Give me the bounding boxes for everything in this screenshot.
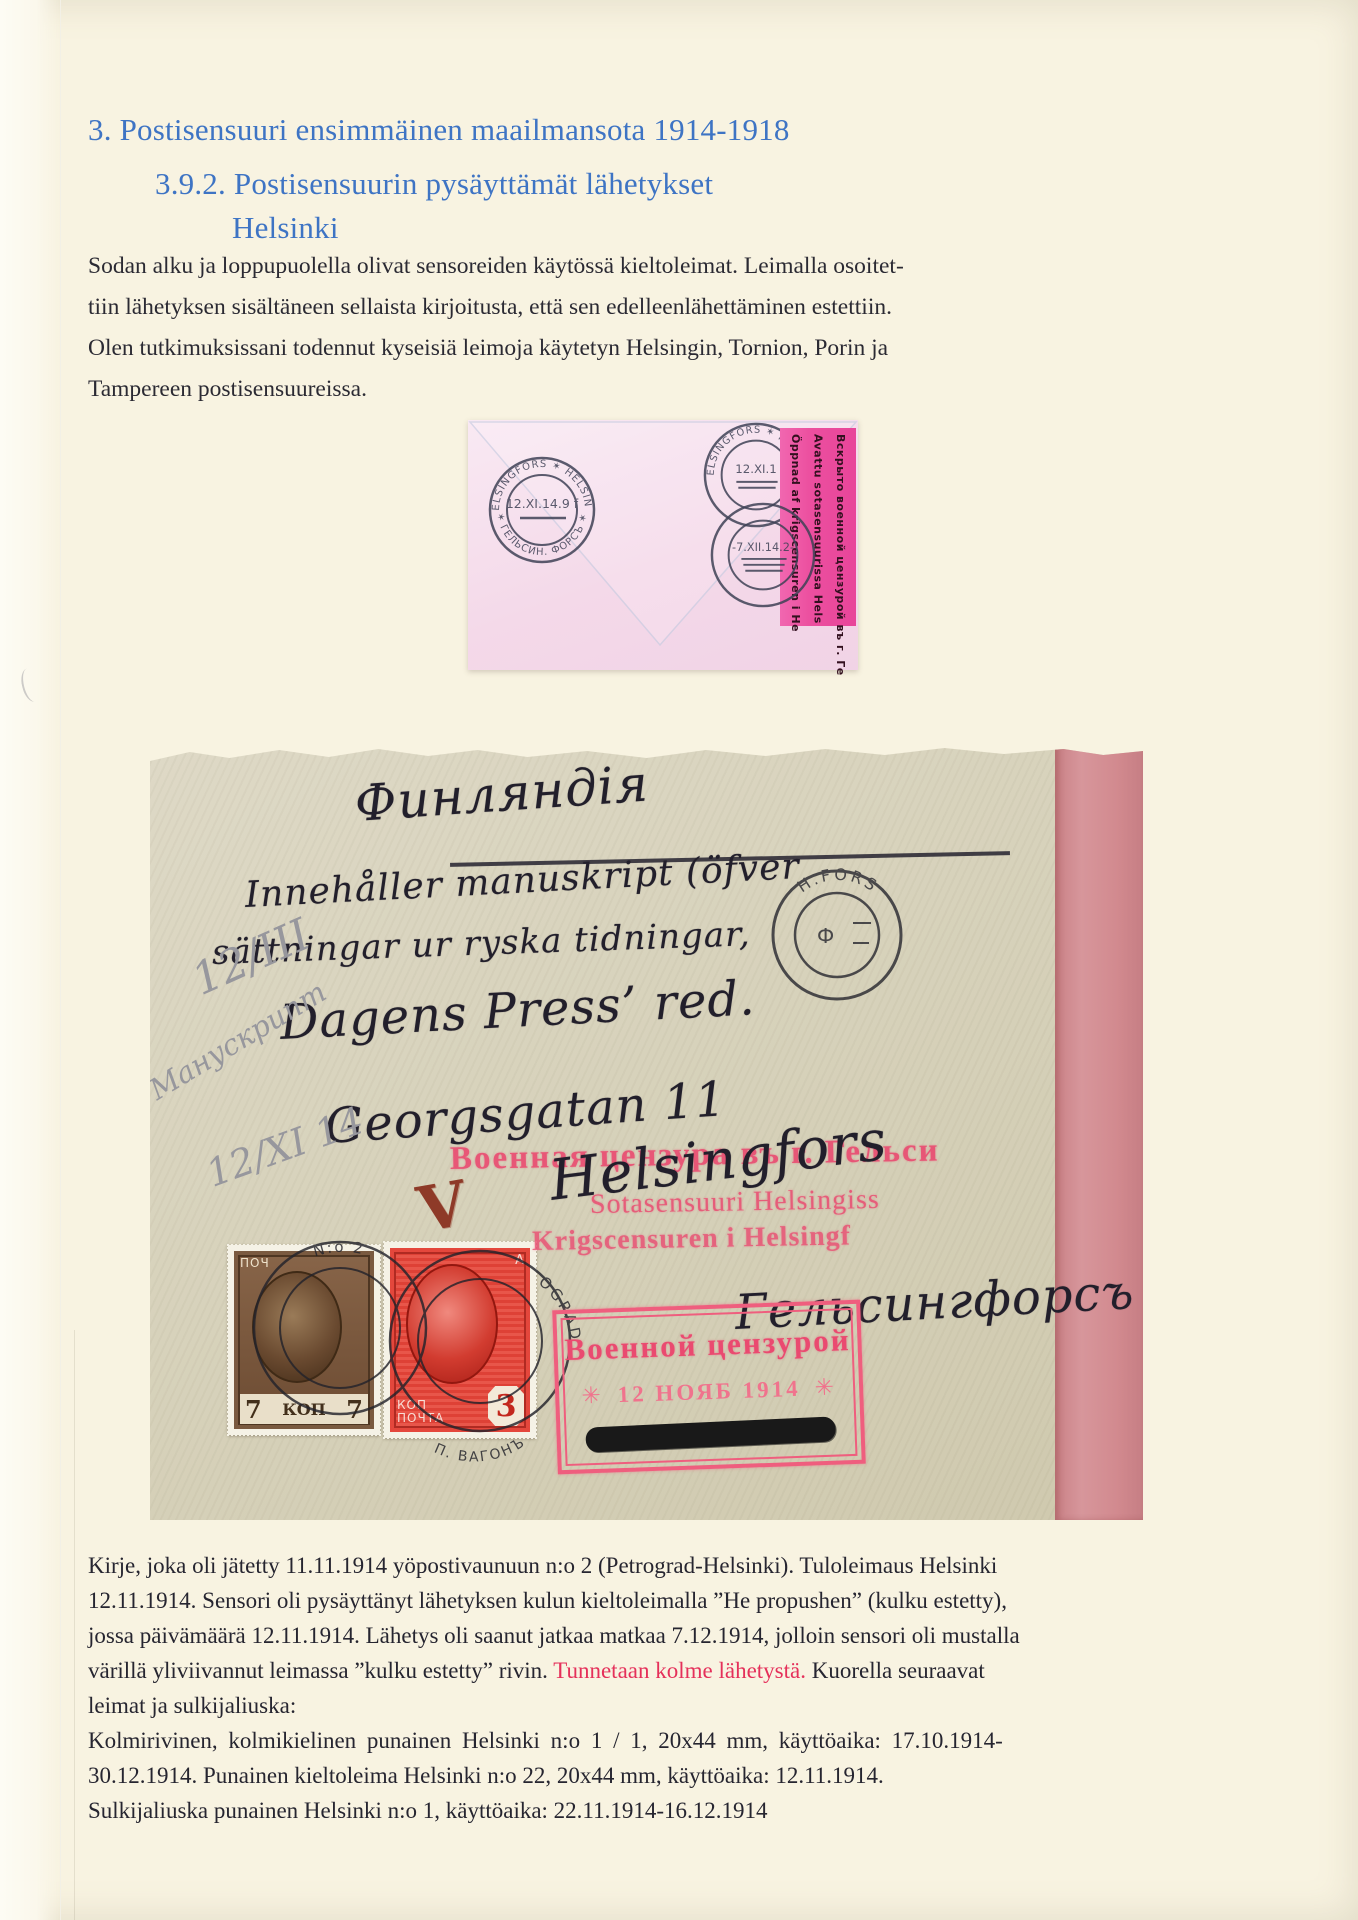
postmark-helsinki-right-lower: -7.XII.14.2- (708, 500, 818, 610)
censor-box-title: Военной цензурой (564, 1322, 851, 1368)
exhibit-page: 3. Postisensuuri ensimmäinen maailmansot… (0, 0, 1358, 1920)
caption-block: Kirje, joka oli jätetty 11.11.1914 yöpos… (88, 1548, 1020, 1828)
handwriting-addressee: Dagens Press’ red. (279, 970, 757, 1051)
censor-box-cachet: Военной цензурой ✳ 12 НОЯБ 1914 ✳ (552, 1300, 866, 1475)
caption-line: Kolmirivinen, kolmikielinen punainen Hel… (88, 1723, 1020, 1758)
flower-icon: ✳ (581, 1383, 604, 1410)
paper-crease (74, 1330, 75, 1920)
tape-line-russian: Вскрыто военной цензурой въ г. Ге (834, 434, 847, 620)
caption-line: jossa päivämäärä 12.11.1914. Lähetys oli… (88, 1618, 1020, 1653)
intro-line: Sodan alku ja loppupuolella olivat senso… (88, 246, 904, 287)
small-envelope-photo: HELSINGFORS ✶ HELSINKI ✶ ГЕЛЬСИН. ФОРСЪ … (468, 420, 858, 670)
postmark-helsinki-left: HELSINGFORS ✶ HELSINKI ✶ ГЕЛЬСИН. ФОРСЪ … (486, 454, 598, 566)
caption-text: värillä yliviivannut leimassa ”kulku est… (88, 1658, 553, 1683)
postmark-date: 12.XI.1 (735, 462, 776, 476)
handwriting-country: Финляндія (353, 755, 651, 833)
postmark-hfors: H.FORS Ф (765, 863, 910, 1008)
flower-icon: ✳ (814, 1375, 837, 1402)
large-envelope-photo: Финляндія Innehåller manuskript (öfver s… (150, 745, 1143, 1520)
censor-box-date: 12 НОЯБ 1914 (617, 1376, 801, 1408)
caption-highlight-red: Tunnetaan kolme lähetystä. (553, 1658, 806, 1683)
pencil-date-note-2: 12/XI 14 (200, 1098, 369, 1195)
svg-text:N:o 2: N:o 2 (311, 1238, 366, 1261)
caption-line: 30.12.1914. Punainen kieltoleima Helsink… (88, 1758, 1020, 1793)
blackout-bar (585, 1416, 836, 1452)
page-heading-3: Helsinki (232, 210, 339, 246)
postmark-center-letter: Ф (817, 924, 834, 948)
intro-paragraph: Sodan alku ja loppupuolella olivat senso… (88, 246, 904, 410)
intro-line: tiin lähetyksen sisältäneen sellaista ki… (88, 287, 904, 328)
postmark-date: -7.XII.14.2- (732, 541, 794, 554)
caption-line: 12.11.1914. Sensori oli pysäyttänyt lähe… (88, 1583, 1020, 1618)
svg-text:H.FORS: H.FORS (794, 865, 883, 897)
caption-line: leimat ja sulkijaliuska: (88, 1688, 1020, 1723)
censor-box-date-row: ✳ 12 НОЯБ 1914 ✳ (581, 1375, 837, 1410)
caption-line: Kirje, joka oli jätetty 11.11.1914 yöpos… (88, 1548, 1020, 1583)
censor-box-inner: Военной цензурой ✳ 12 НОЯБ 1914 ✳ (561, 1308, 858, 1466)
cancel-route-number: N:o 2 (311, 1238, 366, 1261)
page-heading-1: 3. Postisensuuri ensimmäinen maailmansot… (88, 112, 790, 148)
caption-line: Sulkijaliuska punainen Helsinki n:o 1, k… (88, 1793, 1020, 1828)
postmark-arc-top: H.FORS (794, 865, 883, 897)
scan-left-edge (0, 0, 61, 1920)
intro-line: Olen tutkimuksissani todennut kyseisiä l… (88, 328, 904, 369)
sealing-tape (1055, 745, 1143, 1520)
postmark-date: 12.XI.14.9 f (506, 496, 579, 511)
cancel-mail-van: П. ВАГОНЪ (432, 1434, 529, 1465)
handwriting-content-1: Innehåller manuskript (öfver (244, 846, 801, 916)
intro-line: Tampereen postisensuureissa. (88, 369, 904, 410)
caption-text: Kuorella seuraavat (806, 1658, 985, 1683)
svg-text:П. ВАГОНЪ: П. ВАГОНЪ (432, 1434, 529, 1465)
caption-line: värillä yliviivannut leimassa ”kulku est… (88, 1653, 1020, 1688)
page-heading-2: 3.9.2. Postisensuurin pysäyttämät lähety… (155, 166, 713, 202)
